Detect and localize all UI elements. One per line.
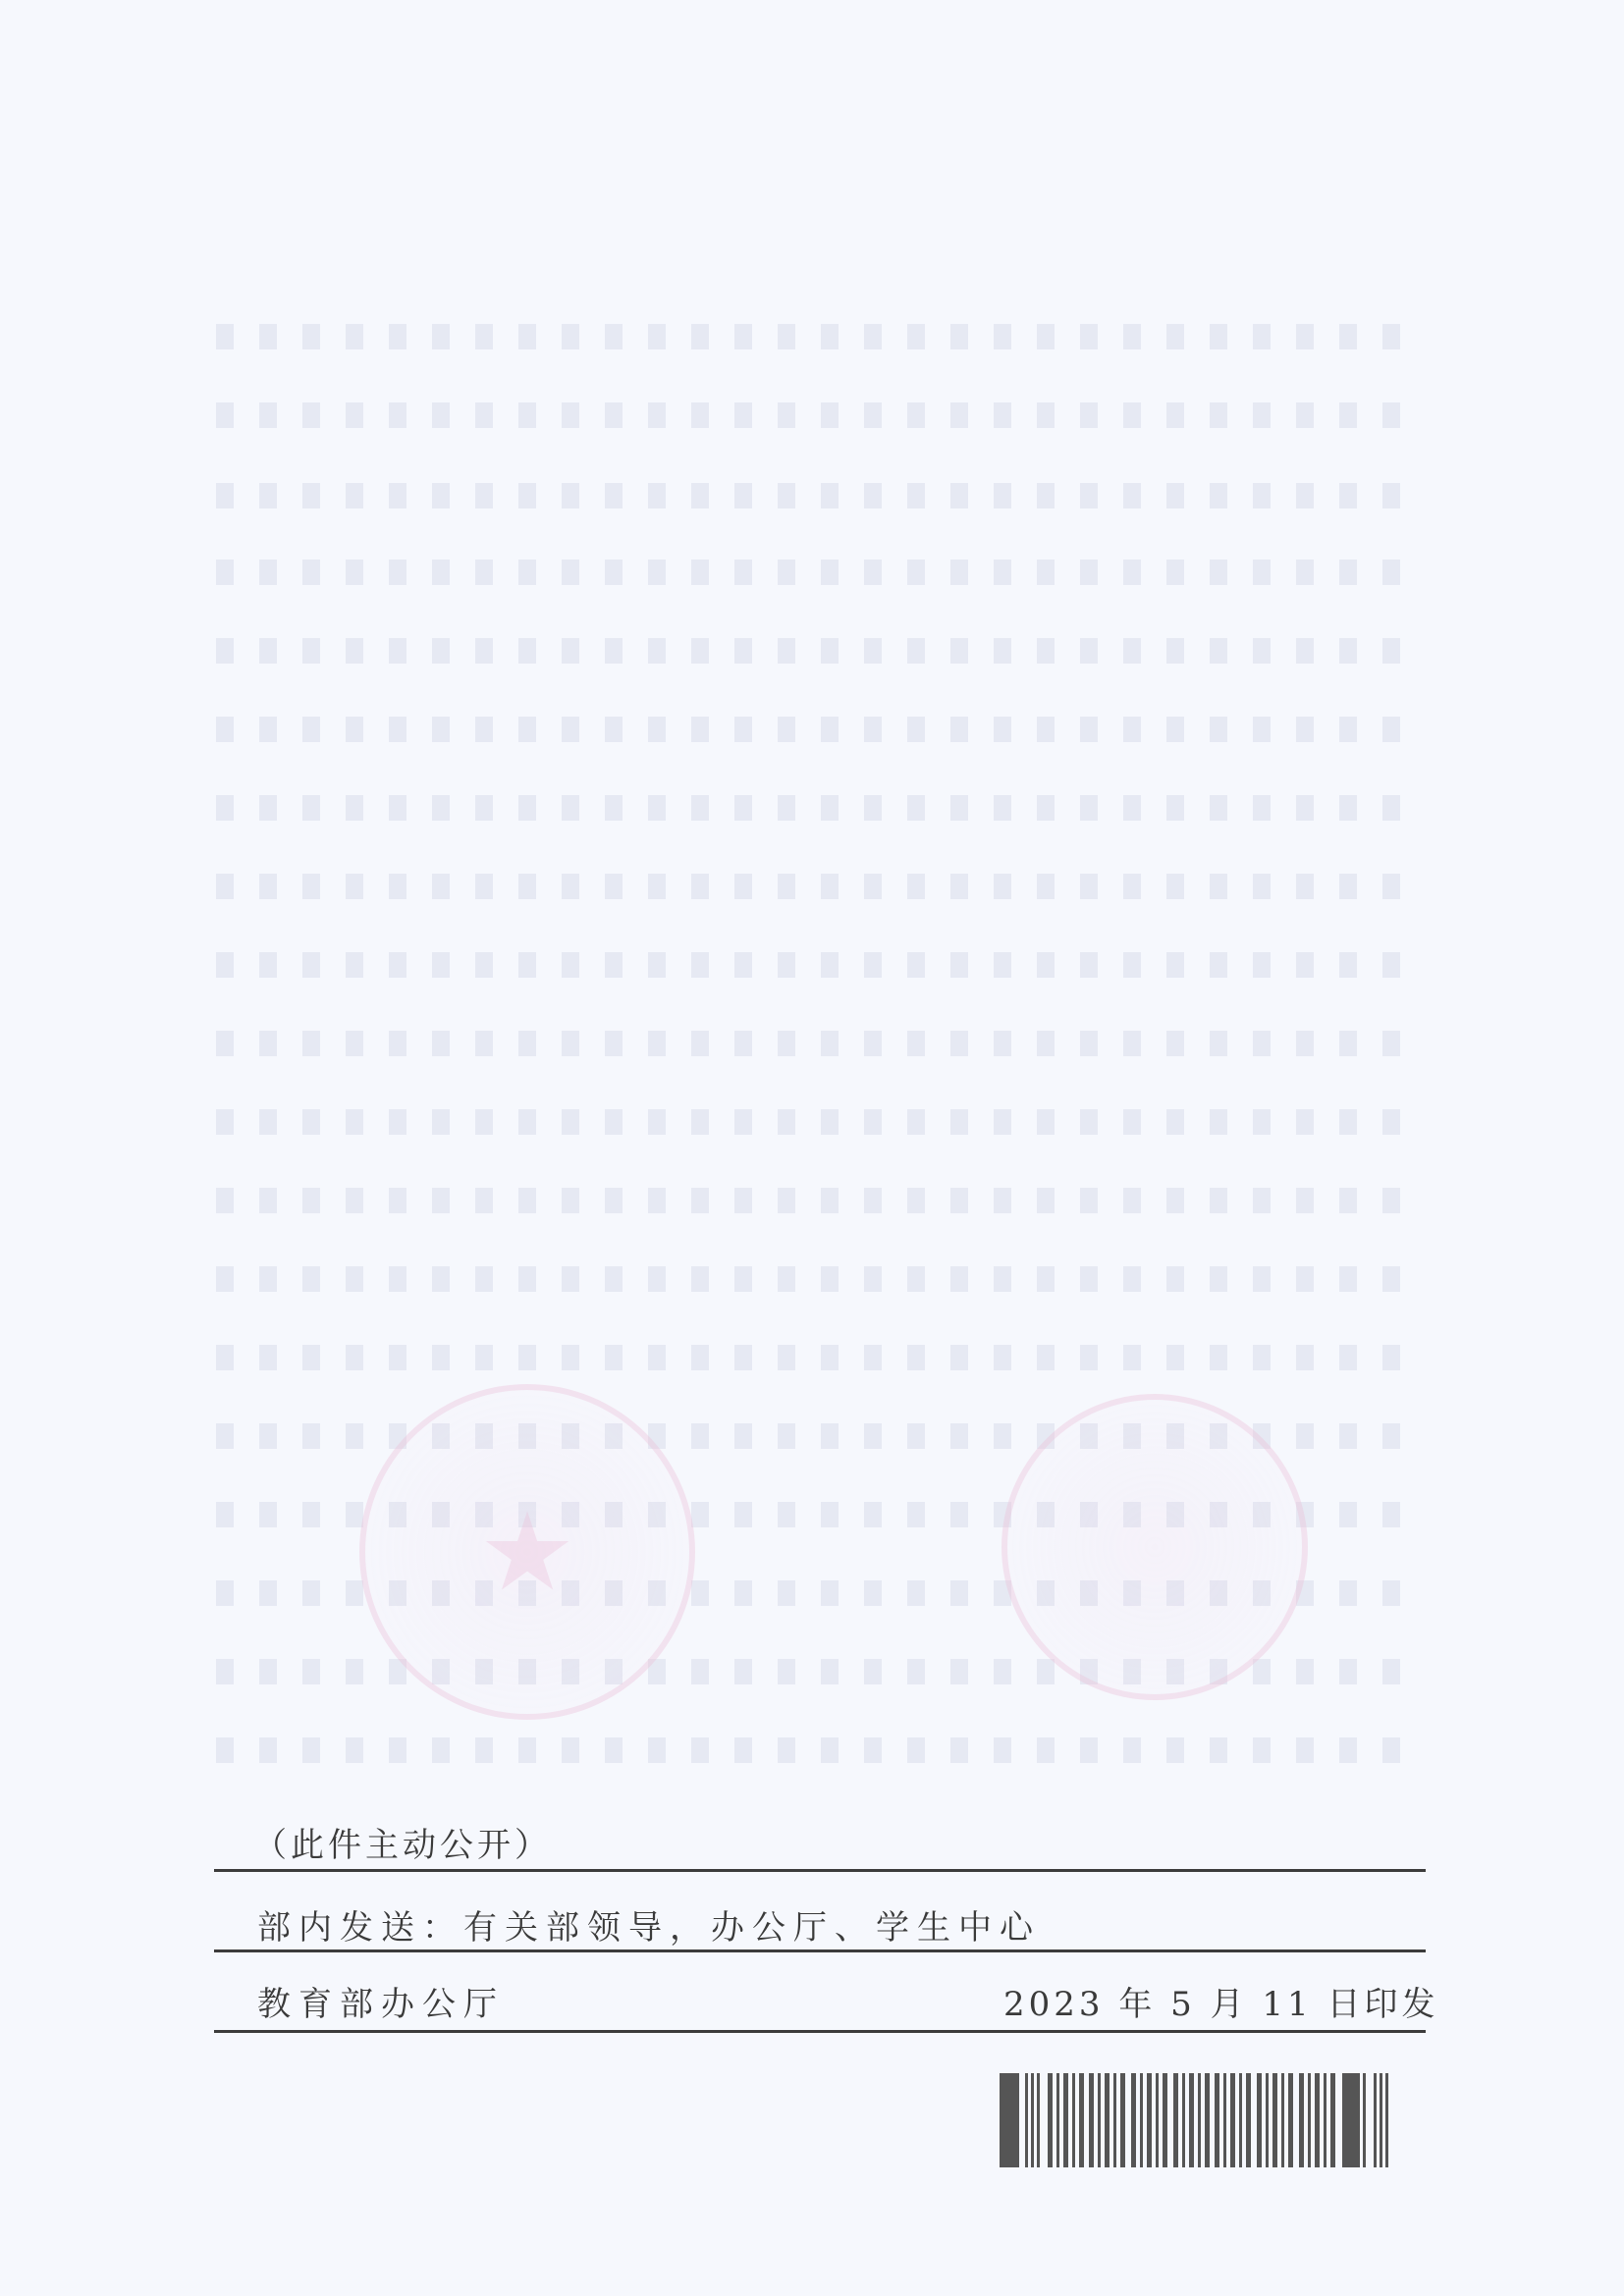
star-icon: ★ [479,1498,576,1606]
ghost-line [216,1109,1424,1135]
issuer-name: 教育部办公厅 [257,1977,505,2025]
divider-line [214,1869,1426,1872]
public-disclosure-note: （此件主动公开） [253,1818,552,1866]
ghost-line [216,638,1424,664]
ghost-line [216,1266,1424,1292]
ghost-line [216,795,1424,821]
divider-line [214,2030,1426,2033]
faint-seal-left: ★ [359,1384,695,1720]
pdf417-barcode [1000,2073,1388,2167]
issue-date: 2023 年 5 月 11 日印发 [1003,1977,1438,2025]
distribution-list: 部内发送：有关部领导，办公厅、学生中心 [257,1900,1041,1949]
ghost-line [216,1031,1424,1056]
ghost-line [216,1345,1424,1370]
ghost-line [216,560,1424,585]
ghost-line [216,717,1424,742]
divider-line [214,1949,1426,1952]
faint-seal-right [1001,1394,1308,1700]
ghost-line [216,324,1424,349]
ghost-line [216,483,1424,508]
ghost-line [216,952,1424,978]
ghost-line [216,874,1424,899]
ghost-line [216,402,1424,428]
ghost-line [216,1737,1424,1763]
ghost-line [216,1188,1424,1213]
